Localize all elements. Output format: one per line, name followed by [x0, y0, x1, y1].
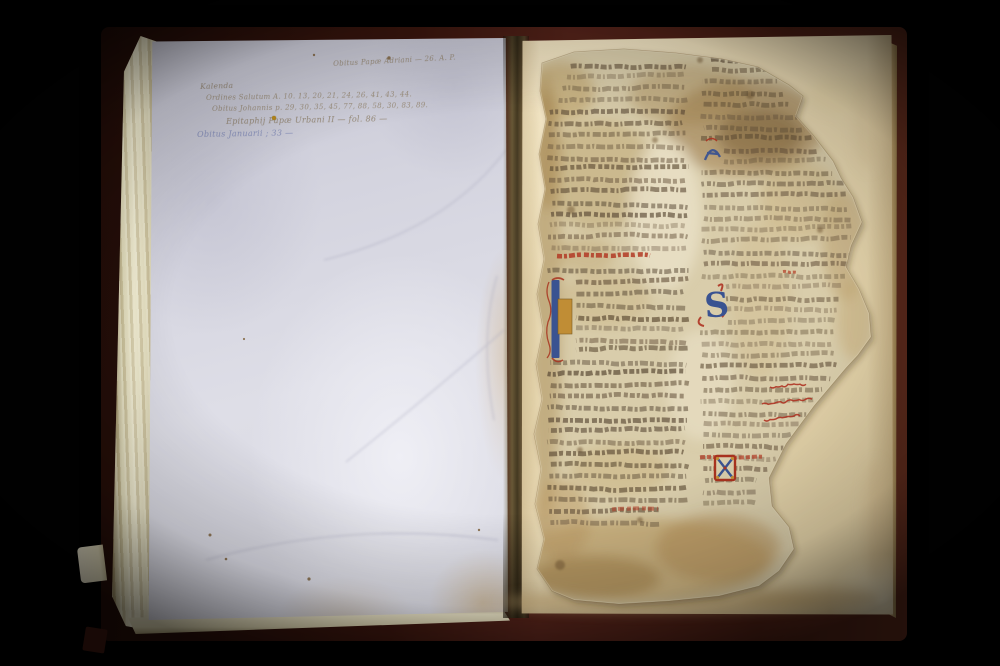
book-cover-corner — [82, 626, 107, 653]
right-page-backing — [521, 35, 893, 618]
fore-edge-tab — [77, 545, 107, 584]
left-page-verso: Obitus Papæ Adriani — 26. A. P.KalendaOr… — [148, 38, 508, 620]
photo-stage: Obitus Papæ Adriani — 26. A. P.KalendaOr… — [0, 0, 1000, 666]
page-creases — [148, 38, 508, 620]
